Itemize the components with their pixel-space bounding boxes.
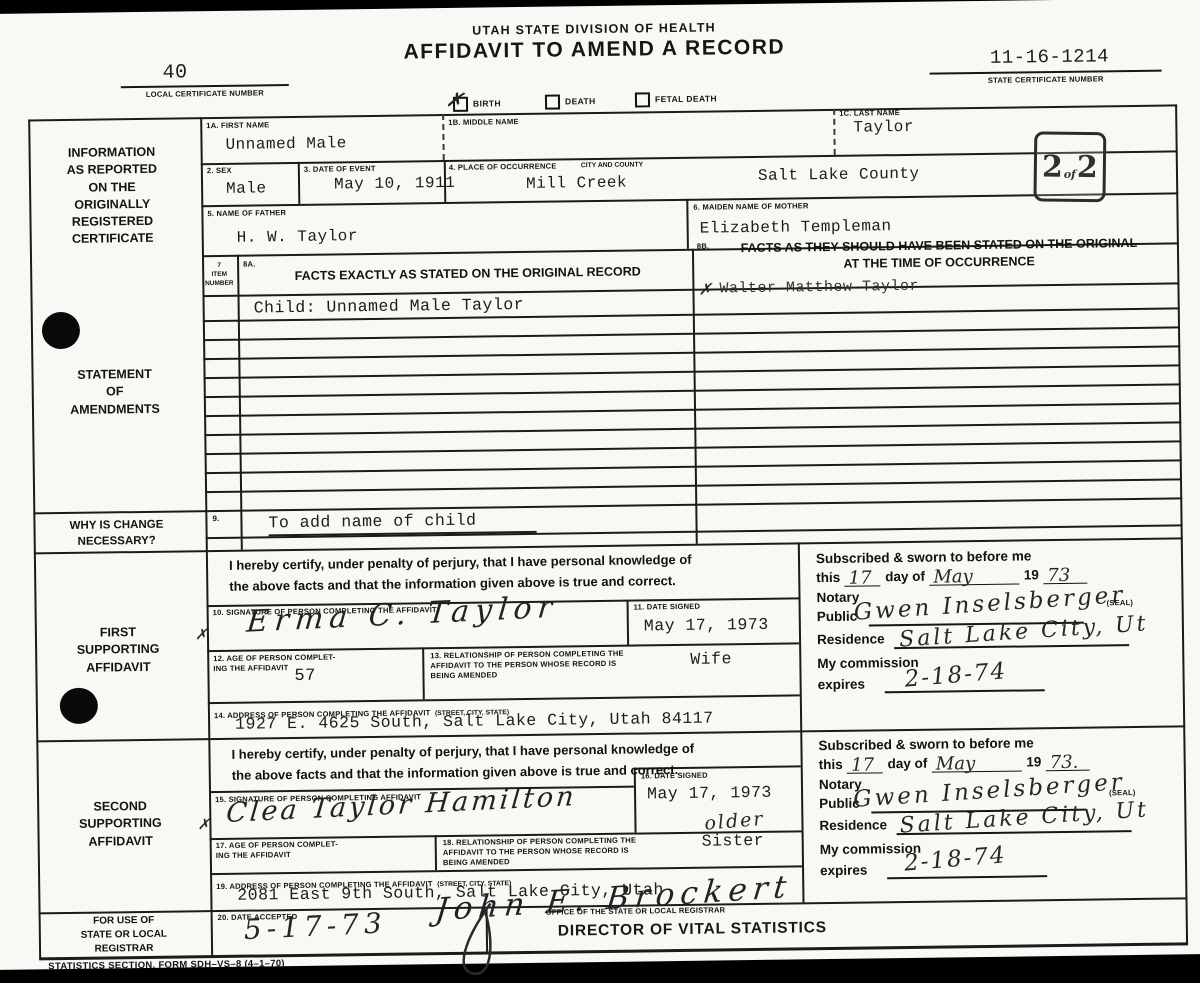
gutter-label-original-info: INFORMATION AS REPORTED ON THE ORIGINALL…	[32, 143, 193, 249]
signature-2-mark: ✗	[197, 815, 210, 833]
field-1c-label: 1C. LAST NAME	[839, 108, 900, 119]
notary-2-dayof-label: day of	[888, 756, 928, 772]
state-certificate-label: STATE CERTIFICATE NUMBER	[930, 74, 1162, 87]
notary-1-expires: 2-18-74	[904, 658, 1009, 692]
punch-hole	[42, 312, 80, 349]
field-11-value: May 17, 1973	[644, 615, 769, 636]
gutter-label-amendments: STATEMENT OF AMENDMENTS	[34, 365, 195, 419]
notary-1-public-label: Public	[817, 609, 858, 625]
grid-line	[201, 150, 1178, 165]
notary-1-day: 17	[849, 567, 872, 588]
notary-1-residence-label: Residence	[817, 631, 885, 647]
field-9-value: To add name of child	[268, 510, 536, 537]
field-16-value: May 17, 1973	[647, 783, 772, 804]
notary-2-month: May	[936, 753, 976, 775]
grid-line	[203, 326, 1180, 340]
page-number-stamp: 2 of 2	[1033, 131, 1106, 202]
notary-1-expires-label: expires	[818, 677, 865, 693]
amended-entry-mark: ✗	[698, 280, 712, 299]
grid-line	[202, 282, 1179, 297]
field-12-value: 57	[294, 667, 316, 686]
item-number-column-header: 7 ITEM NUMBER	[202, 262, 236, 289]
grid-line	[435, 835, 437, 870]
death-checkbox	[545, 94, 560, 109]
notary-2-residence-label: Residence	[819, 817, 887, 833]
grid-line	[205, 440, 1182, 454]
signature-1-mark: ✗	[195, 625, 208, 643]
field-13-label: 13. RELATIONSHIP OF PERSON COMPLETING TH…	[430, 649, 624, 681]
scanned-affidavit-page: UTAH STATE DIVISION OF HEALTH AFFIDAVIT …	[0, 0, 1200, 970]
field-6-value: Elizabeth Templeman	[700, 217, 892, 238]
grid-line	[203, 345, 1180, 359]
col-8a-number: 8A.	[243, 259, 256, 269]
amended-fact-entry: Walter Matthew Taylor	[719, 278, 919, 298]
notary-2-seal-label: (SEAL)	[1109, 788, 1136, 798]
field-18-value: Sister	[702, 831, 765, 851]
notary-2-day: 17	[851, 754, 874, 775]
notary-1-year-label: 19	[1024, 567, 1039, 582]
grid-line-dashed	[442, 114, 445, 160]
field-2-value: Male	[226, 179, 267, 198]
form-content: UTAH STATE DIVISION OF HEALTH AFFIDAVIT …	[0, 0, 1200, 983]
original-fact-entry: Child: Unnamed Male Taylor	[254, 295, 525, 318]
grid-line	[298, 162, 300, 204]
notary-1-day-blank: 17	[845, 570, 881, 586]
notary-1-year-blank: 73	[1043, 568, 1087, 585]
field-5-label: 5. NAME OF FATHER	[207, 208, 286, 219]
signature-1: Erma C. Taylor	[245, 590, 559, 640]
page-title: AFFIDAVIT TO AMEND A RECORD	[324, 35, 864, 66]
grid-line	[686, 199, 688, 249]
grid-line	[204, 364, 1181, 378]
col-8a-heading: FACTS EXACTLY AS STATED ON THE ORIGINAL …	[255, 263, 680, 285]
gutter-label-first-affidavit: FIRST SUPPORTING AFFIDAVIT	[38, 623, 199, 677]
grid-line	[692, 249, 698, 544]
field-4-sublabel: CITY AND COUNTY	[581, 161, 643, 171]
notary-1-month: May	[933, 566, 973, 588]
grid-line	[204, 402, 1181, 416]
grid-line	[204, 383, 1181, 397]
field-4-label: 4. PLACE OF OCCURRENCE	[449, 162, 557, 173]
field-16-label: 16. DATE SIGNED	[641, 771, 708, 782]
grid-line	[422, 647, 424, 699]
director-stamp: DIRECTOR OF VITAL STATISTICS	[558, 919, 827, 941]
fetal-death-checkbox	[635, 92, 650, 107]
stamp-of-text: of	[1064, 167, 1076, 180]
field-1a-value: Unnamed Male	[225, 134, 346, 154]
notary-1-line1: Subscribed & sworn to before me	[816, 548, 1031, 566]
field-9-number: 9.	[212, 514, 219, 524]
birth-checkmark: ✗	[445, 87, 465, 113]
local-certificate-label: LOCAL CERTIFICATE NUMBER	[121, 88, 289, 100]
grid-line	[204, 421, 1181, 435]
form-id-footer: STATISTICS SECTION, FORM SDH–VS–8 (4–1–7…	[48, 958, 285, 973]
notary-2-year-label: 19	[1026, 754, 1041, 769]
notary-1-this-label: this	[816, 570, 840, 585]
notary-2-year-blank: 73.	[1046, 755, 1090, 772]
field-5-value: H. W. Taylor	[237, 227, 358, 247]
field-13-value: Wife	[690, 649, 732, 669]
grid-line	[627, 600, 629, 645]
notary-1-dayof-label: day of	[885, 569, 925, 585]
grid-line	[205, 459, 1182, 473]
gutter-label-why-change: WHY IS CHANGE NECESSARY?	[36, 517, 196, 551]
punch-hole	[60, 688, 98, 724]
notary-2-month-blank: May	[932, 756, 1022, 773]
grid-line	[201, 192, 1178, 207]
fetal-death-checkbox-label: FETAL DEATH	[655, 93, 717, 104]
field-17-label: 17. AGE OF PERSON COMPLET- ING THE AFFID…	[216, 839, 338, 860]
stamp-first-number: 2	[1042, 149, 1063, 184]
grid-line	[205, 478, 1182, 492]
notary-1-date-line: this 17 day of May 19 73	[816, 566, 1087, 588]
state-certificate-number: 11-16-1214	[959, 45, 1139, 69]
notary-2-this-label: this	[819, 757, 843, 772]
notary-2-line1: Subscribed & sworn to before me	[818, 735, 1033, 753]
notary-block-2: Subscribed & sworn to before me this 17 …	[800, 725, 1187, 902]
field-1c-value: Taylor	[853, 118, 914, 137]
death-checkbox-label: DEATH	[565, 96, 596, 106]
notary-2-year: 73.	[1050, 752, 1079, 773]
notary-2-date-line: this 17 day of May 19 73.	[819, 753, 1090, 775]
gutter-label-second-affidavit: SECOND SUPPORTING AFFIDAVIT	[40, 797, 201, 851]
field-1a-label: 1A. FIRST NAME	[206, 120, 269, 131]
field-2-label: 2. SEX	[207, 166, 232, 176]
field-11-label: 11. DATE SIGNED	[634, 602, 701, 613]
col-8b-number: 8B.	[697, 242, 710, 252]
notary-block-1: Subscribed & sworn to before me this 17 …	[798, 537, 1185, 730]
field-20-value: 5-17-73	[243, 906, 387, 946]
col-8b-heading: FACTS AS THEY SHOULD HAVE BEEN STATED ON…	[709, 235, 1169, 275]
notary-1-year: 73	[1047, 565, 1070, 586]
certify-statement-2: I hereby certify, under penalty of perju…	[231, 737, 796, 786]
field-4-city-value: Mill Creek	[526, 174, 627, 193]
grid-line-dashed	[833, 109, 836, 155]
field-3-label: 3. DATE OF EVENT	[304, 164, 376, 175]
notary-1-month-blank: May	[929, 569, 1019, 586]
field-18-label: 18. RELATIONSHIP OF PERSON COMPLETING TH…	[443, 836, 637, 868]
field-12-label: 12. AGE OF PERSON COMPLET- ING THE AFFID…	[213, 652, 335, 673]
gutter-label-registrar-use: FOR USE OF STATE OR LOCAL REGISTRAR	[54, 913, 195, 956]
notary-2-expires-label: expires	[820, 863, 867, 879]
field-3-value: May 10, 1911	[334, 174, 455, 194]
field-1b-label: 1B. MIDDLE NAME	[448, 117, 519, 128]
grid-line	[237, 255, 242, 550]
stamp-second-number: 2	[1077, 149, 1098, 184]
birth-checkbox-label: BIRTH	[473, 98, 501, 108]
certify-statement-1: I hereby certify, under penalty of perju…	[229, 548, 794, 597]
local-certificate-number: 40	[162, 61, 187, 84]
field-4-county-value: Salt Lake County	[758, 165, 920, 185]
field-6-label: 6. MAIDEN NAME OF MOTHER	[693, 201, 808, 212]
notary-1-seal-label: (SEAL)	[1107, 598, 1134, 608]
notary-2-day-blank: 17	[847, 757, 883, 773]
